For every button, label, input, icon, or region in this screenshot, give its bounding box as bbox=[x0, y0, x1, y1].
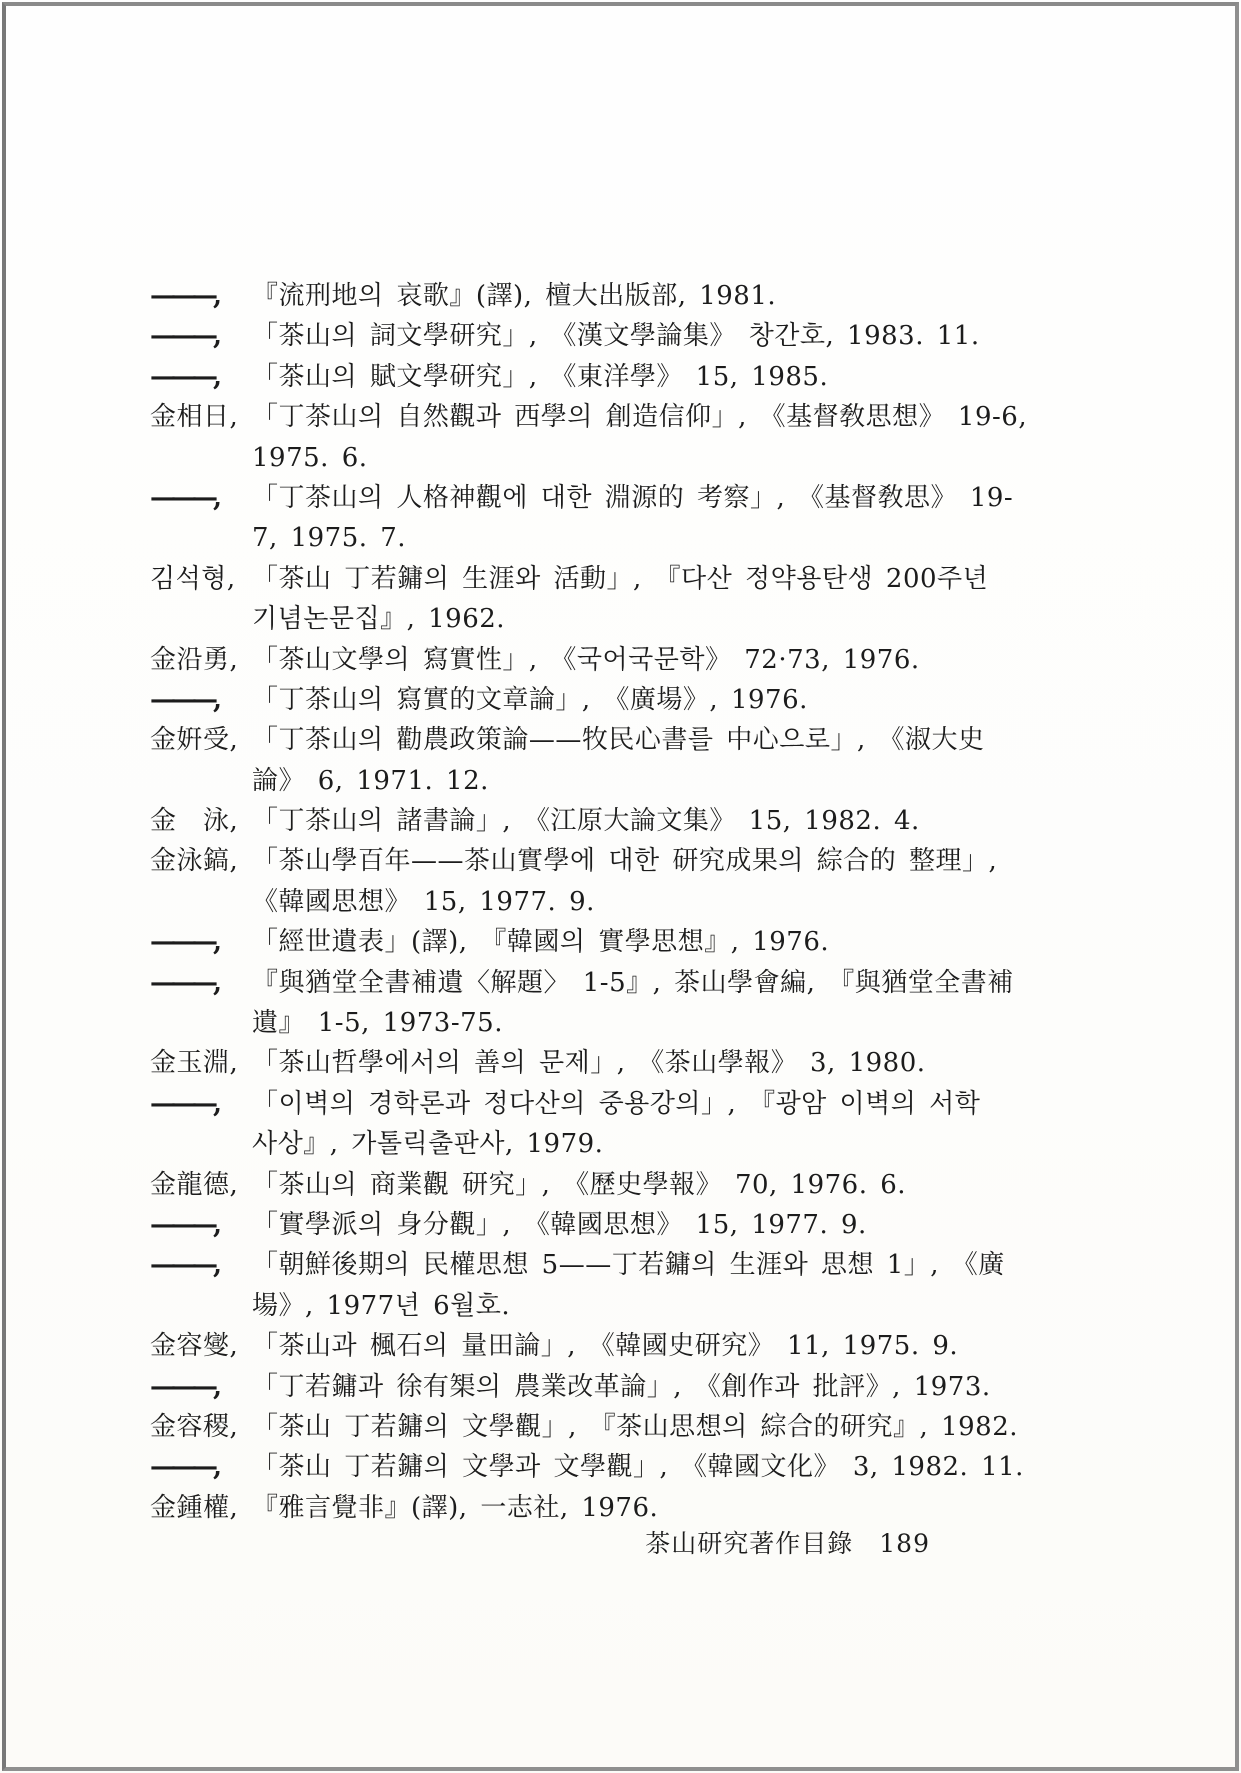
entry-citation-text: 『雅言覺非』(譯), 一志社, 1976. bbox=[252, 1493, 658, 1523]
entry-citation-text: 「經世遺表」(譯), 『韓國의 實學思想』, 1976. bbox=[252, 927, 829, 957]
entry-citation-text: 「丁茶山의 寫實的文章論」, 《廣場》, 1976. bbox=[252, 685, 808, 715]
entry-citation-text: 『流刑地의 哀歌』(譯), 檀大出版部, 1981. bbox=[252, 281, 776, 311]
entry-citation-text: 「丁茶山의 自然觀과 西學의 創造信仰」, 《基督敎思想》 19-6, bbox=[252, 402, 1027, 432]
entry-citation-text: 「茶山 丁若鏞의 生涯와 活動」, 『다산 정약용탄생 200주년 bbox=[252, 564, 988, 594]
entry-citation-text: 「茶山의 詞文學研究」, 《漢文學論集》 창간호, 1983. 11. bbox=[252, 321, 980, 351]
repeat-author-dash: ———, bbox=[150, 963, 252, 1003]
running-title: 茶山研究著作目錄 bbox=[645, 1529, 853, 1558]
entry-citation-text: 「實學派의 身分觀」, 《韓國思想》 15, 1977. 9. bbox=[252, 1210, 867, 1240]
repeat-author-dash: ———, bbox=[150, 922, 252, 962]
entry-author: 金鍾權, bbox=[150, 1488, 252, 1528]
bibliography-entry: 金玉淵,「茶山哲學에서의 善의 문제」, 《茶山學報》 3, 1980. bbox=[150, 1043, 1110, 1083]
repeat-author-dash: ———, bbox=[150, 357, 252, 397]
entry-author: 金容燮, bbox=[150, 1326, 252, 1366]
repeat-author-dash: ———, bbox=[150, 1084, 252, 1124]
entry-author: 金 泳, bbox=[150, 801, 252, 841]
entry-citation-text: 「茶山文學의 寫實性」, 《국어국문학》 72·73, 1976. bbox=[252, 645, 920, 675]
repeat-author-dash: ———, bbox=[150, 1447, 252, 1487]
page-number: 189 bbox=[879, 1529, 930, 1558]
bibliography-entry: 金龍德,「茶山의 商業觀 研究」, 《歷史學報》 70, 1976. 6. bbox=[150, 1165, 1110, 1205]
repeat-author-dash: ———, bbox=[150, 276, 252, 316]
entry-citation-text: 「丁茶山의 勸農政策論——牧民心書를 中心으로」, 《淑大史 bbox=[252, 725, 985, 755]
bibliography-entry: ———,「茶山의 賦文學研究」, 《東洋學》 15, 1985. bbox=[150, 357, 1110, 397]
entry-author: 金泳鎬, bbox=[150, 841, 252, 881]
bibliography-entry: ———,「茶山 丁若鏞의 文學과 文學觀」, 《韓國文化》 3, 1982. 1… bbox=[150, 1447, 1110, 1487]
entry-author: 金相日, bbox=[150, 397, 252, 437]
repeat-author-dash: ———, bbox=[150, 478, 252, 518]
entry-author: 金姸受, bbox=[150, 720, 252, 760]
entry-continuation-line: 1975. 6. bbox=[150, 438, 1110, 478]
entry-continuation-line: 《韓國思想》 15, 1977. 9. bbox=[150, 882, 1110, 922]
entry-citation-text: 「丁茶山의 諸書論」, 《江原大論文集》 15, 1982. 4. bbox=[252, 806, 920, 836]
entry-citation-text: 「茶山 丁若鏞의 文學과 文學觀」, 《韓國文化》 3, 1982. 11. bbox=[252, 1452, 1024, 1482]
bibliography-entry: ———,「茶山의 詞文學研究」, 《漢文學論集》 창간호, 1983. 11. bbox=[150, 316, 1110, 356]
bibliography-list: ———,『流刑地의 哀歌』(譯), 檀大出版部, 1981.———,「茶山의 詞… bbox=[150, 276, 1110, 1528]
repeat-author-dash: ———, bbox=[150, 1245, 252, 1285]
bibliography-entry: ———,「이벽의 경학론과 정다산의 중용강의」, 『광암 이벽의 서학사상』,… bbox=[150, 1084, 1110, 1165]
bibliography-entry: 金姸受,「丁茶山의 勸農政策論——牧民心書를 中心으로」, 《淑大史論》 6, … bbox=[150, 720, 1110, 801]
entry-author: 김석형, bbox=[150, 559, 252, 599]
entry-author: 金沿勇, bbox=[150, 640, 252, 680]
bibliography-entry: 金泳鎬,「茶山學百年——茶山實學에 대한 研究成果의 綜合的 整理」,《韓國思想… bbox=[150, 841, 1110, 922]
entry-author: 金龍德, bbox=[150, 1165, 252, 1205]
entry-continuation-line: 사상』, 가톨릭출판사, 1979. bbox=[150, 1124, 1110, 1164]
entry-author: 金玉淵, bbox=[150, 1043, 252, 1083]
bibliography-entry: 金相日,「丁茶山의 自然觀과 西學의 創造信仰」, 《基督敎思想》 19-6,1… bbox=[150, 397, 1110, 478]
entry-citation-text: 「茶山의 賦文學研究」, 《東洋學》 15, 1985. bbox=[252, 362, 828, 392]
entry-citation-text: 「丁茶山의 人格神觀에 대한 淵源的 考察」, 《基督敎思》 19- bbox=[252, 483, 1013, 513]
entry-citation-text: 「丁若鏞과 徐有榘의 農業改革論」, 《創作과 批評》, 1973. bbox=[252, 1372, 991, 1402]
bibliography-entry: ———,「朝鮮後期의 民權思想 5——丁若鏞의 生涯와 思想 1」, 《廣場》,… bbox=[150, 1245, 1110, 1326]
repeat-author-dash: ———, bbox=[150, 1367, 252, 1407]
entry-author: 金容稷, bbox=[150, 1407, 252, 1447]
bibliography-entry: ———,「丁茶山의 寫實的文章論」, 《廣場》, 1976. bbox=[150, 680, 1110, 720]
entry-citation-text: 「茶山學百年——茶山實學에 대한 研究成果의 綜合的 整理」, bbox=[252, 846, 997, 876]
bibliography-entry: ———,「實學派의 身分觀」, 《韓國思想》 15, 1977. 9. bbox=[150, 1205, 1110, 1245]
entry-citation-text: 「茶山 丁若鏞의 文學觀」, 『茶山思想의 綜合的研究』, 1982. bbox=[252, 1412, 1018, 1442]
bibliography-entry: 金沿勇,「茶山文學의 寫實性」, 《국어국문학》 72·73, 1976. bbox=[150, 640, 1110, 680]
entry-citation-text: 「茶山哲學에서의 善의 문제」, 《茶山學報》 3, 1980. bbox=[252, 1048, 926, 1078]
scanned-book-page: ———,『流刑地의 哀歌』(譯), 檀大出版部, 1981.———,「茶山의 詞… bbox=[0, 0, 1241, 1773]
bibliography-entry: ———,『流刑地의 哀歌』(譯), 檀大出版部, 1981. bbox=[150, 276, 1110, 316]
entry-continuation-line: 遺』 1-5, 1973-75. bbox=[150, 1003, 1110, 1043]
bibliography-entry: 金 泳,「丁茶山의 諸書論」, 《江原大論文集》 15, 1982. 4. bbox=[150, 801, 1110, 841]
bibliography-entry: ———,「丁茶山의 人格神觀에 대한 淵源的 考察」, 《基督敎思》 19-7,… bbox=[150, 478, 1110, 559]
entry-citation-text: 「茶山의 商業觀 研究」, 《歷史學報》 70, 1976. 6. bbox=[252, 1170, 906, 1200]
bibliography-entry: 金容稷,「茶山 丁若鏞의 文學觀」, 『茶山思想의 綜合的研究』, 1982. bbox=[150, 1407, 1110, 1447]
bibliography-entry: 김석형,「茶山 丁若鏞의 生涯와 活動」, 『다산 정약용탄생 200주년기념논… bbox=[150, 559, 1110, 640]
bibliography-entry: ———,「經世遺表」(譯), 『韓國의 實學思想』, 1976. bbox=[150, 922, 1110, 962]
entry-continuation-line: 場》, 1977년 6월호. bbox=[150, 1286, 1110, 1326]
entry-citation-text: 「이벽의 경학론과 정다산의 중용강의」, 『광암 이벽의 서학 bbox=[252, 1089, 980, 1119]
page-footer: 茶山研究著作目錄189 bbox=[150, 1524, 930, 1560]
repeat-author-dash: ———, bbox=[150, 680, 252, 720]
entry-citation-text: 「茶山과 楓石의 量田論」, 《韓國史研究》 11, 1975. 9. bbox=[252, 1331, 958, 1361]
bibliography-entry: 金鍾權,『雅言覺非』(譯), 一志社, 1976. bbox=[150, 1488, 1110, 1528]
entry-continuation-line: 7, 1975. 7. bbox=[150, 518, 1110, 558]
repeat-author-dash: ———, bbox=[150, 1205, 252, 1245]
entry-citation-text: 『與猶堂全書補遺〈解題〉 1-5』, 茶山學會編, 『與猶堂全書補 bbox=[252, 968, 1014, 998]
repeat-author-dash: ———, bbox=[150, 316, 252, 356]
bibliography-entry: ———,『與猶堂全書補遺〈解題〉 1-5』, 茶山學會編, 『與猶堂全書補遺』 … bbox=[150, 963, 1110, 1044]
bibliography-entry: 金容燮,「茶山과 楓石의 量田論」, 《韓國史研究》 11, 1975. 9. bbox=[150, 1326, 1110, 1366]
bibliography-entry: ———,「丁若鏞과 徐有榘의 農業改革論」, 《創作과 批評》, 1973. bbox=[150, 1367, 1110, 1407]
entry-continuation-line: 기념논문집』, 1962. bbox=[150, 599, 1110, 639]
entry-continuation-line: 論》 6, 1971. 12. bbox=[150, 761, 1110, 801]
entry-citation-text: 「朝鮮後期의 民權思想 5——丁若鏞의 生涯와 思想 1」, 《廣 bbox=[252, 1250, 1005, 1280]
